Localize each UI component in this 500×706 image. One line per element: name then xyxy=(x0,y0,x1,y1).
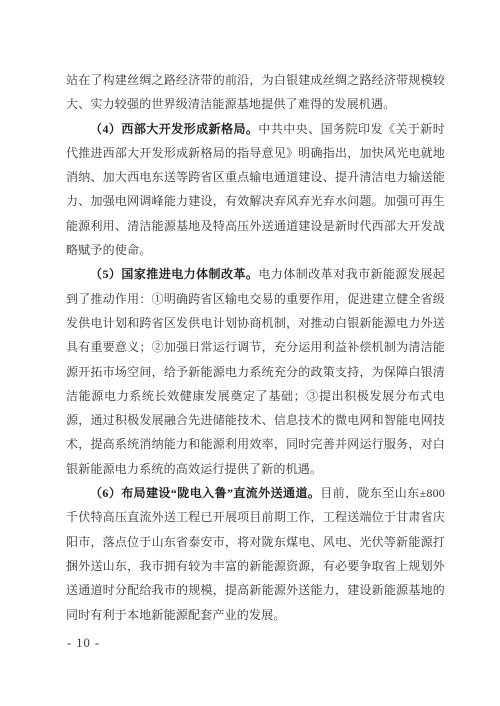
paragraph: （4）西部大开发形成新格局。中共中央、国务院印发《关于新时代推进西部大开发形成新… xyxy=(66,117,445,263)
paragraph-heading-run: （5）国家推进电力体制改革。 xyxy=(90,267,258,281)
paragraph-text-run: 站在了构建丝绸之路经济带的前沿，为白银建成丝绸之路经济带规模较大、实力较强的世界… xyxy=(66,73,445,111)
paragraph-text-run: 电力体制改革对我市新能源发展起到了推动作用：①明确跨省区输电交易的重要作用，促进… xyxy=(66,267,445,475)
document-body: 站在了构建丝绸之路经济带的前沿，为白银建成丝绸之路经济带规模较大、实力较强的世界… xyxy=(66,68,445,627)
page-number: - 10 - xyxy=(67,634,100,652)
paragraph: （6）布局建设“陇电入鲁”直流外送通道。目前，陇东至山东±800千伏特高压直流外… xyxy=(66,481,445,627)
paragraph-text-run: 目前，陇东至山东±800千伏特高压直流外送工程已开展项目前期工作，工程送端位于甘… xyxy=(66,486,445,621)
paragraph-text-run: 中共中央、国务院印发《关于新时代推进西部大开发形成新格局的指导意见》明确指出，加… xyxy=(66,122,445,257)
paragraph-heading-run: （4）西部大开发形成新格局。 xyxy=(90,122,258,136)
paragraph-heading-run: （6）布局建设“陇电入鲁”直流外送通道。 xyxy=(90,486,320,500)
paragraph: 站在了构建丝绸之路经济带的前沿，为白银建成丝绸之路经济带规模较大、实力较强的世界… xyxy=(66,68,445,117)
document-page: 站在了构建丝绸之路经济带的前沿，为白银建成丝绸之路经济带规模较大、实力较强的世界… xyxy=(0,0,500,706)
paragraph: （5）国家推进电力体制改革。电力体制改革对我市新能源发展起到了推动作用：①明确跨… xyxy=(66,262,445,481)
